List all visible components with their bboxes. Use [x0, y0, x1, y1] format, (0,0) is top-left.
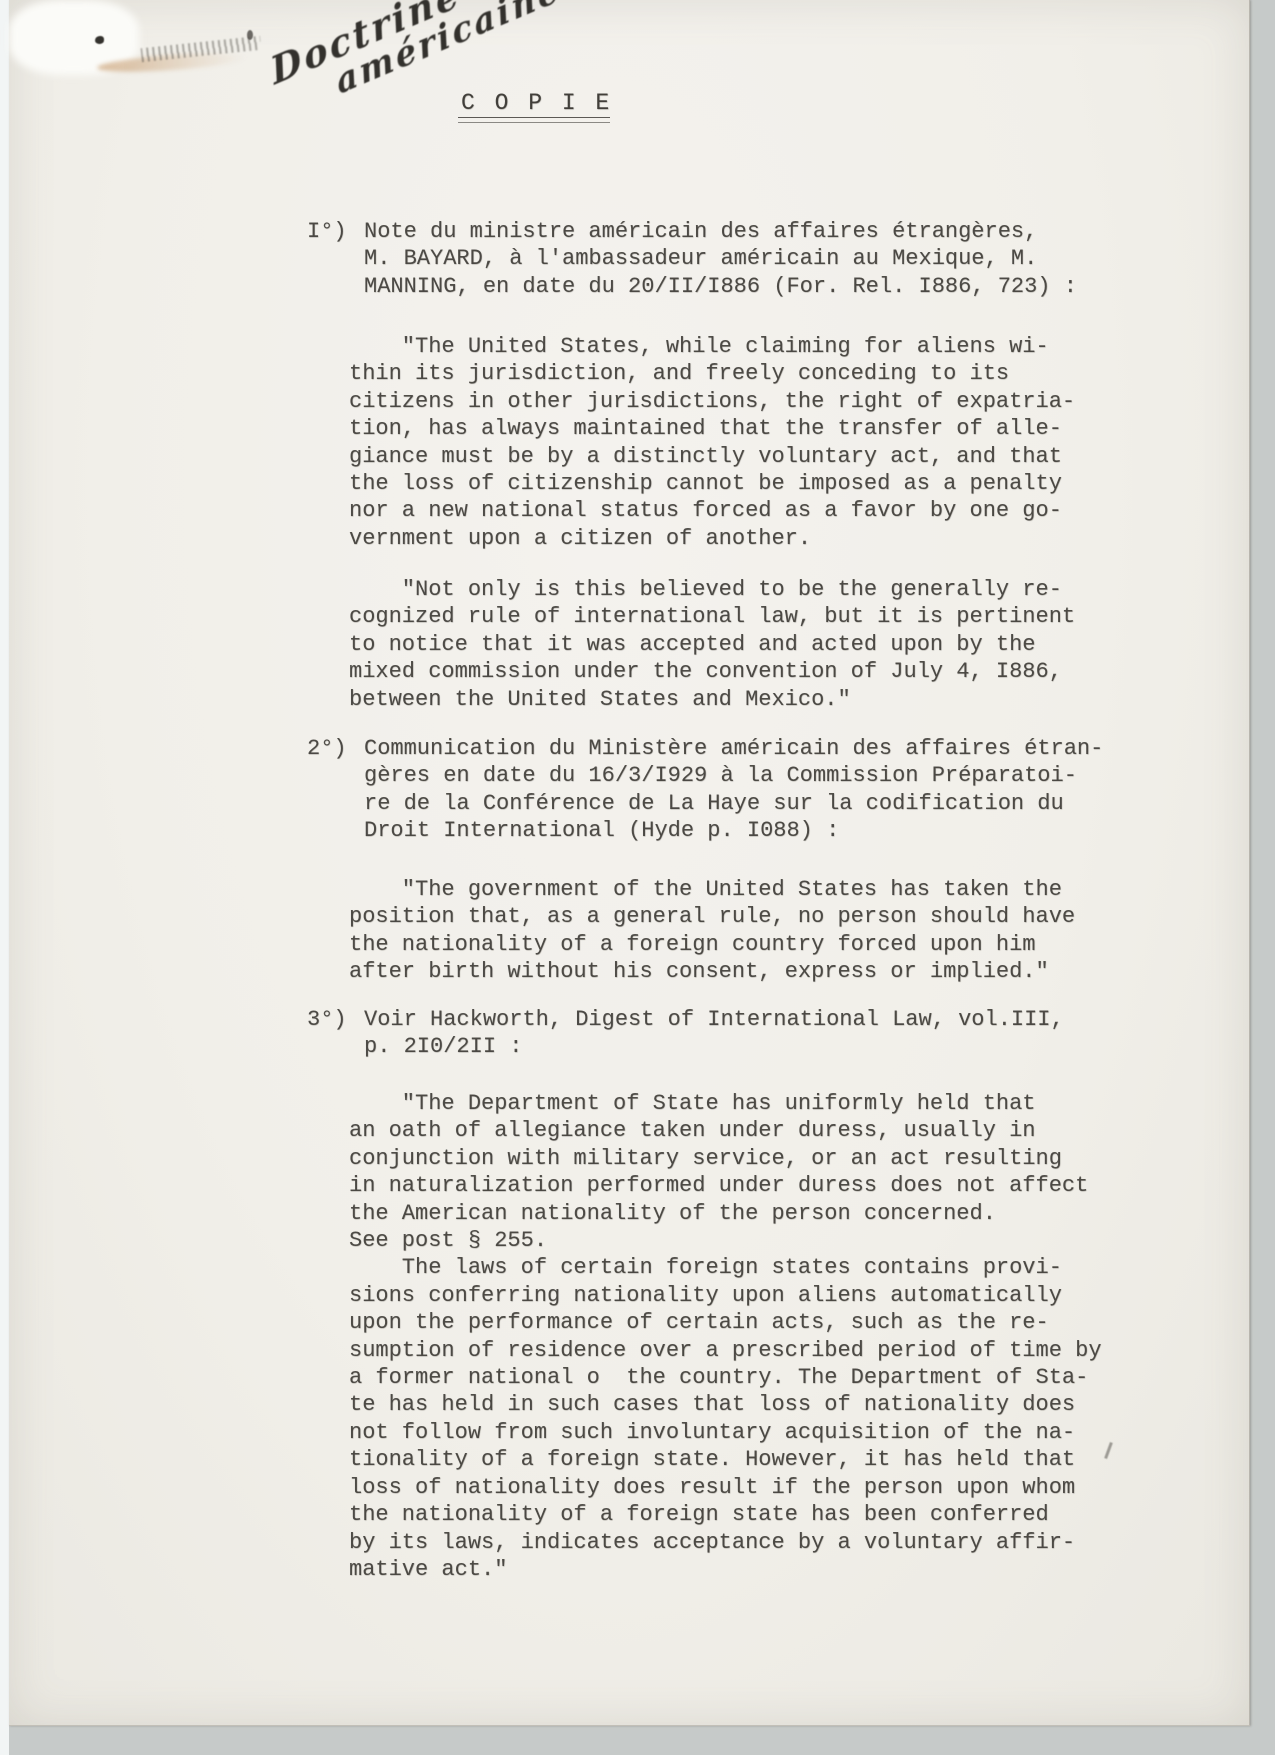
section-2-heading: Communication du Ministère américain des…: [364, 735, 1103, 845]
heading-double-underline: [458, 117, 610, 123]
quote-text: "Not only is this believed to be the gen…: [349, 576, 1075, 713]
scanner-edge-strip: [0, 0, 9, 1755]
section-2: 2°) Communication du Ministère américain…: [364, 735, 1103, 845]
section-3: 3°) Voir Hackworth, Digest of Internatio…: [364, 1006, 1064, 1061]
ink-speck: [95, 36, 104, 44]
section-1-quote-2: "Not only is this believed to be the gen…: [349, 576, 1075, 713]
pen-tick-mark: [1104, 1442, 1113, 1459]
quote-text: "The United States, while claiming for a…: [349, 333, 1075, 552]
quote-text: "The government of the United States has…: [349, 876, 1075, 986]
quote-text: "The Department of State has uniformly h…: [349, 1090, 1102, 1583]
copy-heading: C O P I E: [461, 90, 612, 116]
section-3-quote-1: "The Department of State has uniformly h…: [349, 1090, 1102, 1583]
section-3-heading: Voir Hackworth, Digest of International …: [364, 1006, 1064, 1061]
section-2-label: 2°): [307, 735, 347, 762]
section-1-quote-1: "The United States, while claiming for a…: [349, 333, 1075, 552]
scanned-page: Doctrine américaine C O P I E I°) Note d…: [9, 0, 1250, 1726]
section-3-label: 3°): [307, 1006, 347, 1033]
section-2-quote-1: "The government of the United States has…: [349, 876, 1075, 986]
section-1-heading: Note du ministre américain des affaires …: [364, 218, 1077, 300]
ink-speck: [247, 30, 253, 40]
section-1: I°) Note du ministre américain des affai…: [364, 218, 1077, 300]
section-1-label: I°): [307, 218, 347, 245]
